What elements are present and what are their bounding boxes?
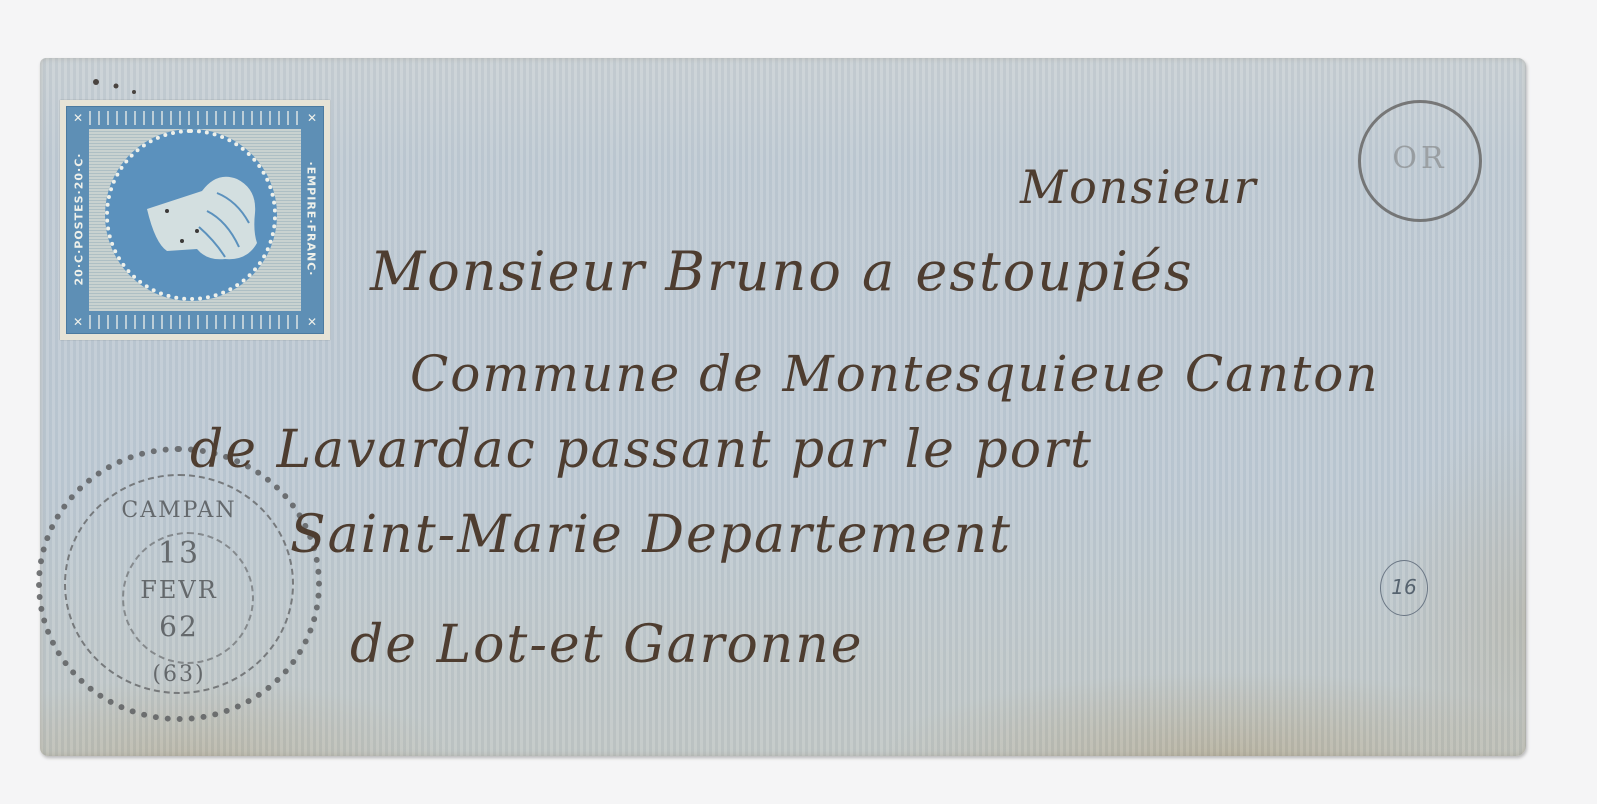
circle-handstamp-text: OR: [1361, 141, 1479, 176]
stamp-corner-icon: ✕: [305, 111, 319, 125]
postmark-day: 13: [42, 536, 316, 571]
postmark-town: CAMPAN: [42, 498, 316, 523]
napoleon-portrait-icon: [107, 131, 275, 299]
stamp-frame: ✕ ✕ ✕ ✕ 20·C·POSTES·20·C· ·EMPIRE·FRANC·: [66, 106, 324, 334]
stamp-corner-icon: ✕: [71, 111, 85, 125]
address-line-canton: de Lavardac passant par le port: [190, 420, 1093, 480]
stamp-left-text: 20·C·POSTES·20·C·: [73, 153, 86, 286]
address-line-town: Saint-Marie Departement: [290, 505, 1012, 565]
stamp-greek-border-top: [89, 111, 301, 125]
stamp-corner-icon: ✕: [71, 315, 85, 329]
circle-handstamp: OR: [1358, 100, 1482, 222]
postmark-month: FEVR: [42, 576, 316, 604]
postmark-department: (63): [42, 662, 316, 687]
stamp-corner-icon: ✕: [305, 315, 319, 329]
address-line-salutation: Monsieur: [1020, 160, 1258, 214]
postmark-year: 62: [42, 610, 316, 643]
ink-spots: [90, 76, 150, 96]
address-line-recipient: Monsieur Bruno a estoupiés: [370, 240, 1194, 303]
stamp-greek-border-bottom: [89, 315, 301, 329]
scene: ✕ ✕ ✕ ✕ 20·C·POSTES·20·C· ·EMPIRE·FRANC·…: [0, 0, 1597, 804]
address-line-department: de Lot-et Garonne: [350, 615, 864, 675]
circular-date-postmark: CAMPAN 13 FEVR 62 (63): [36, 446, 322, 722]
address-line-commune: Commune de Montesquieue Canton: [410, 345, 1380, 403]
pencil-annotation-text: 16: [1381, 575, 1427, 599]
postage-stamp: ✕ ✕ ✕ ✕ 20·C·POSTES·20·C· ·EMPIRE·FRANC·: [60, 100, 330, 340]
pencil-annotation: 16: [1380, 560, 1428, 616]
stamp-right-text: ·EMPIRE·FRANC·: [305, 162, 318, 277]
